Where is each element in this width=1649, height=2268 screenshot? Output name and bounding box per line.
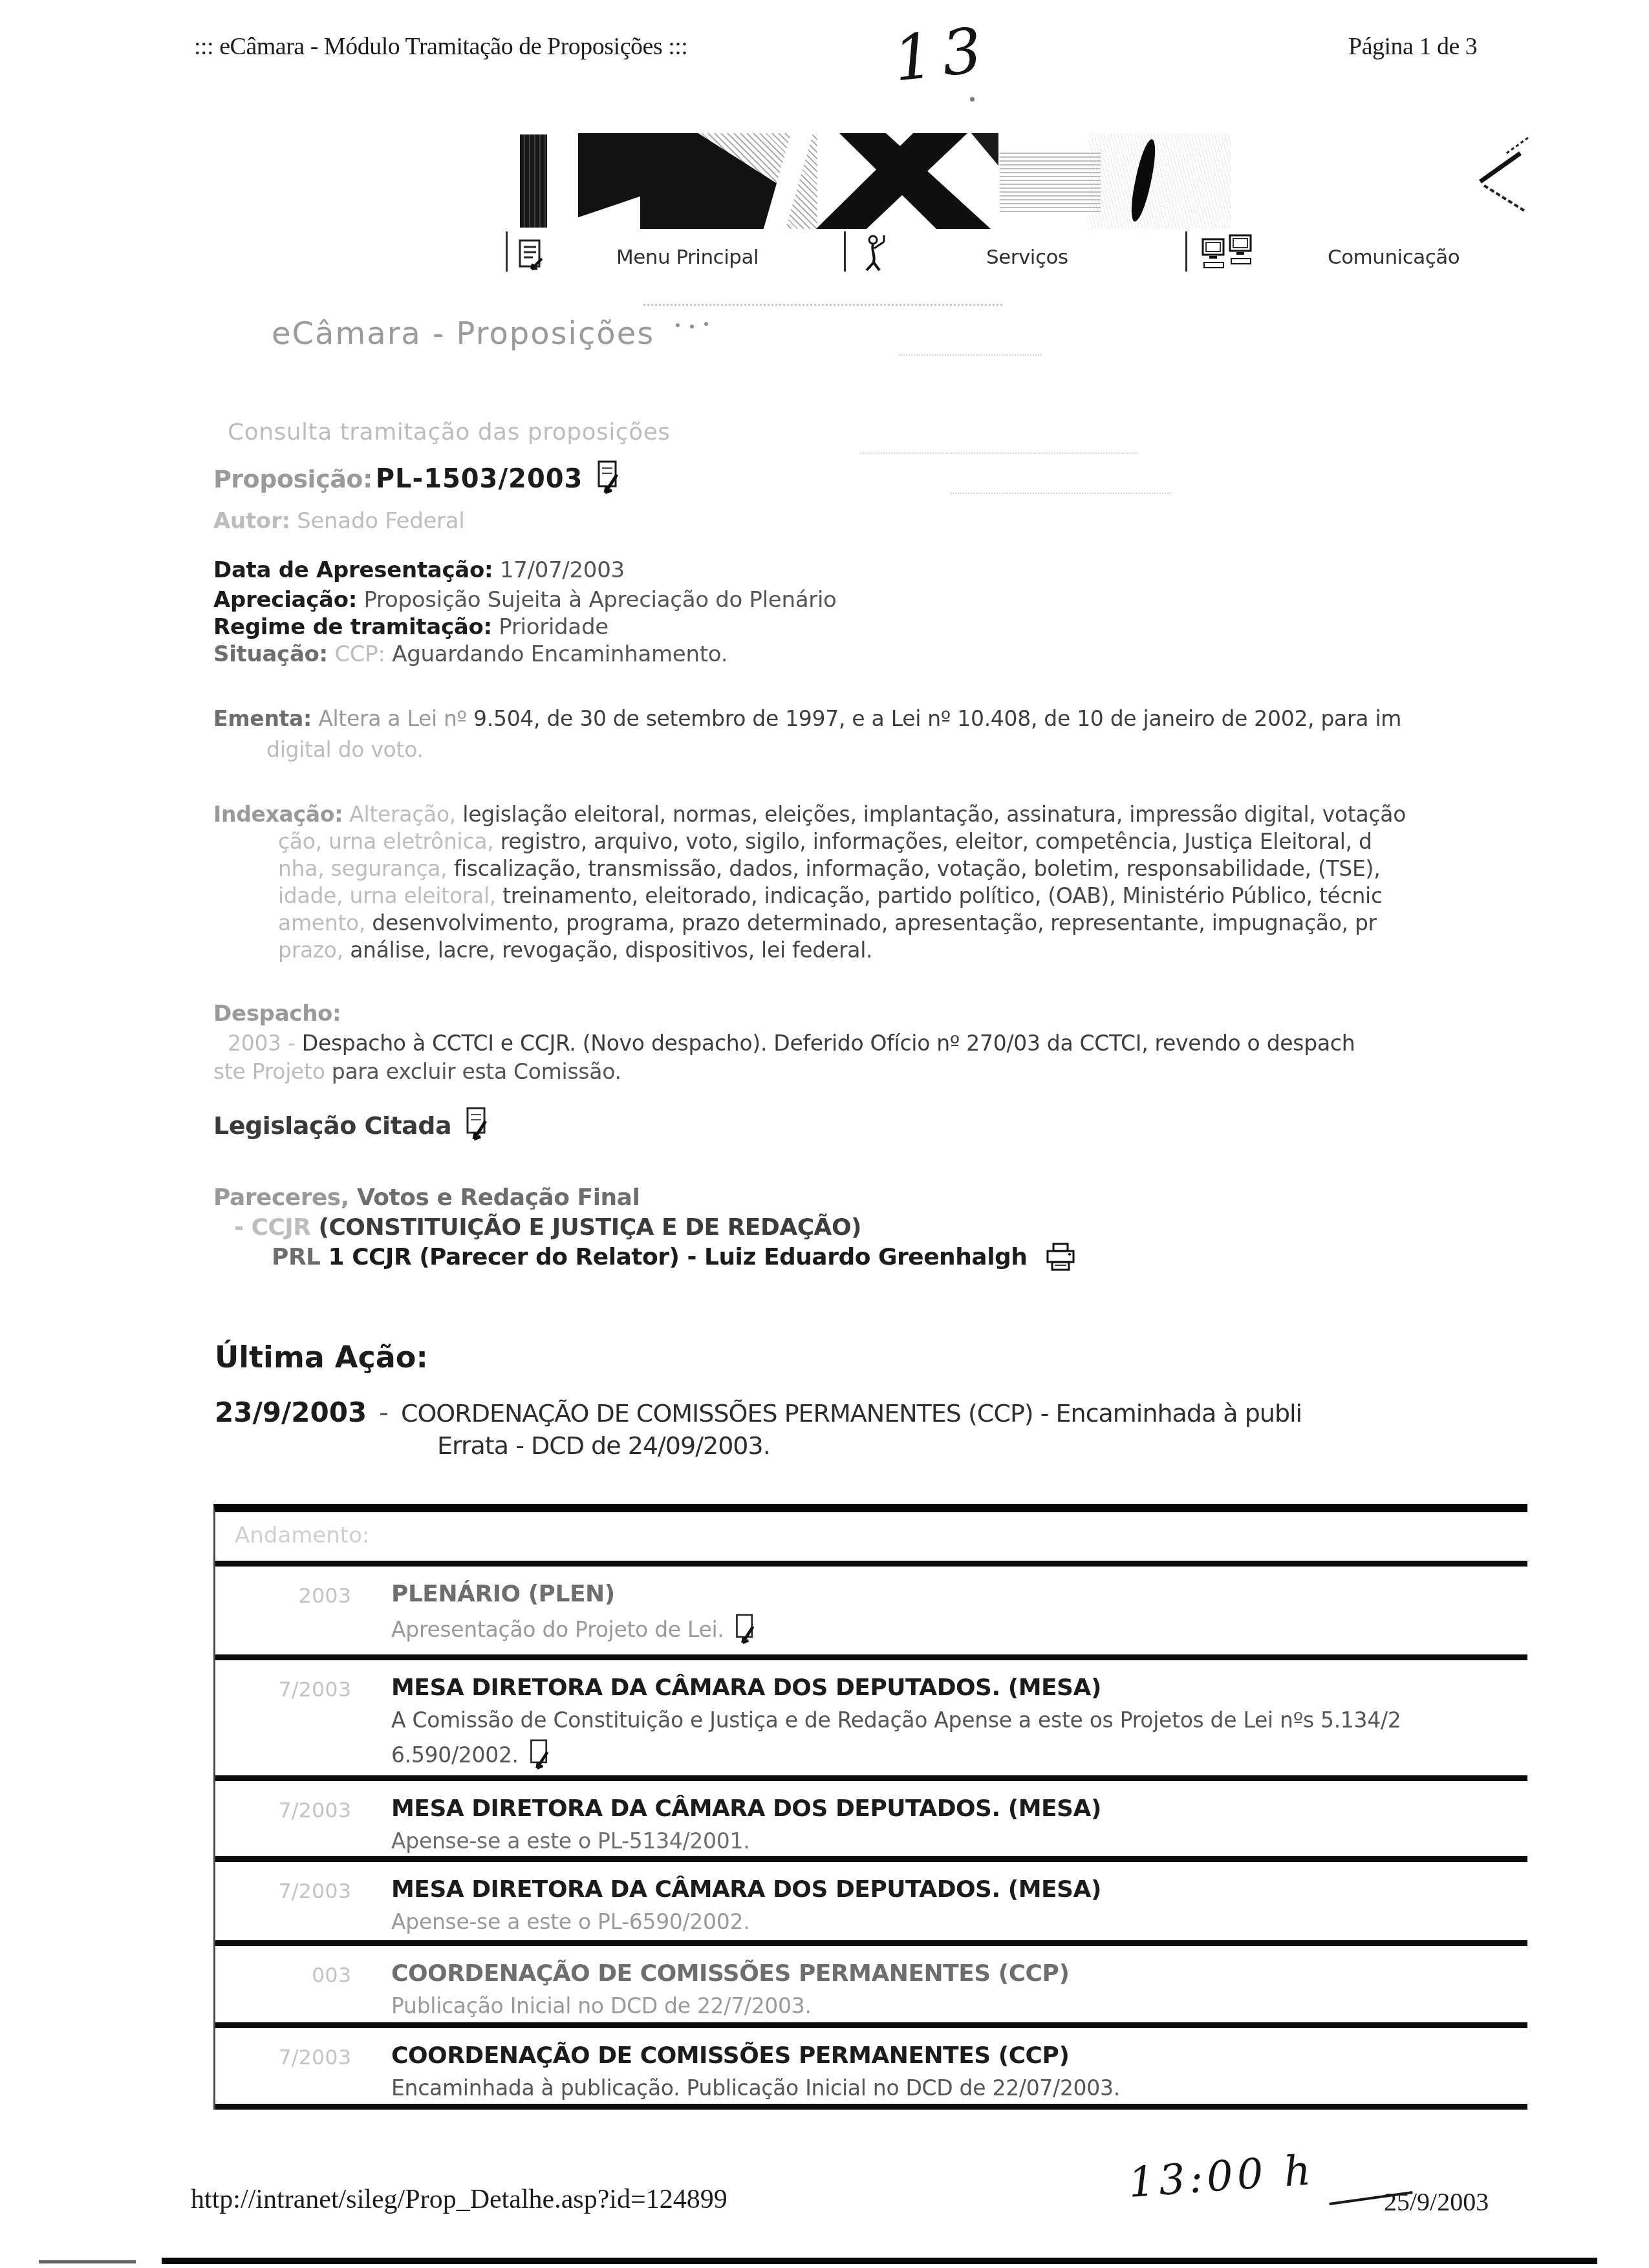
menu-item-principal: Menu Principal [616,246,759,269]
pareceres-title-f: Pareceres, [213,1184,349,1211]
regime-label: Regime de tramitação: [213,614,492,640]
ultima-acao-linha2: Errata - DCD de 24/09/2003. [437,1431,770,1460]
row-date: 7/2003 [215,1781,377,1856]
scan-edge-band [39,2260,136,2263]
row-desc: Apense-se a este o PL-6590/2002. [391,1909,1521,1934]
menu-divider [506,231,508,272]
servicos-icon [859,233,892,273]
scan-artifact [860,453,1138,454]
menu-principal-icon [516,238,546,273]
footer-url: http://intranet/sileg/Prop_Detalhe.asp?i… [191,2184,727,2215]
indexacao-linha-f: nha, segurança, [278,856,447,881]
situacao-sigla: CCP: [334,641,385,667]
proposicao-label: Proposição: [213,465,372,493]
ultima-acao-linha1: COORDENAÇÃO DE COMISSÕES PERMANENTES (CC… [401,1399,1302,1428]
pareceres-title: Votos e Redação Final [357,1184,640,1211]
table-row: 003 COORDENAÇÃO DE COMISSÕES PERMANENTES… [215,1946,1527,2028]
indexacao-linha-d: legislação eleitoral, normas, eleições, … [462,802,1406,827]
banner-image [520,133,1231,229]
scan-artifact [899,354,1041,356]
table-row: 2003 PLENÁRIO (PLEN) Apresentação do Pro… [215,1567,1527,1660]
row-desc2: 6.590/2002. [391,1742,519,1768]
indexacao-linha-f: idade, urna eleitoral, [278,883,496,908]
indexacao-linha-f: Alteração, [349,802,456,827]
parecer-texto: 1 CCJR (Parecer do Relator) - Luiz Eduar… [329,1244,1028,1270]
row-desc: Apresentação do Projeto de Lei. [391,1617,724,1642]
attachment-icon [464,1107,490,1147]
despacho-linha1: Despacho à CCTCI e CCJR. (Novo despacho)… [302,1031,1355,1056]
menu-divider [1185,231,1187,272]
apreciacao-label: Apreciação: [213,587,357,613]
row-org: PLENÁRIO (PLEN) [391,1581,1521,1607]
parecer-sigla: PRL [272,1244,329,1270]
legislacao-citada-title: Legislação Citada [213,1111,451,1140]
row-desc: Encaminhada à publicação. Publicação Ini… [391,2075,1521,2101]
handwritten-time: 13:00 h [1127,2146,1316,2207]
table-row: 7/2003 MESA DIRETORA DA CÂMARA DOS DEPUT… [215,1781,1527,1862]
footer-print-date: 25/9/2003 [1384,2187,1489,2217]
ementa-label: Ementa: [213,706,312,731]
attachment-icon [595,460,621,500]
autor-label: Autor: [213,508,290,534]
indexacao-linha-f: ção, urna eletrônica, [278,829,493,854]
indexacao-linha-f: amento, [278,910,365,936]
table-row: 7/2003 MESA DIRETORA DA CÂMARA DOS DEPUT… [215,1862,1527,1946]
data-apresentacao-label: Data de Apresentação: [213,557,493,583]
situacao-value: Aguardando Encaminhamento. [392,641,727,667]
print-header-title: ::: eCâmara - Módulo Tramitação de Propo… [194,32,687,61]
row-org: COORDENAÇÃO DE COMISSÕES PERMANENTES (CC… [391,1960,1521,1987]
row-date: 7/2003 [215,2028,377,2104]
comissao-nome: (CONSTITUIÇÃO E JUSTIÇA E DE REDAÇÃO) [318,1214,861,1241]
indexacao-linha-d: desenvolvimento, programa, prazo determi… [372,910,1377,936]
scan-squiggle [1458,126,1549,217]
regime-value: Prioridade [499,614,608,640]
attachment-icon [733,1614,757,1653]
despacho-linha2-f: ste Projeto [213,1059,325,1084]
menu-item-servicos: Serviços [986,246,1068,269]
ementa-texto: 9.504, de 30 de setembro de 1997, e a Le… [473,706,1401,731]
comunicacao-icon [1200,234,1258,274]
indexacao-linha-d: fiscalização, transmissão, dados, inform… [454,856,1381,881]
situacao-label: Situação: [213,641,328,667]
row-org: MESA DIRETORA DA CÂMARA DOS DEPUTADOS. (… [391,1876,1521,1903]
row-desc: A Comissão de Constituição e Justiça e d… [391,1707,1521,1733]
row-date: 003 [215,1946,377,2022]
ultima-acao-data: 23/9/2003 [215,1396,367,1428]
ementa-texto-linha2: digital do voto. [266,737,424,762]
ultima-acao-title: Última Ação: [215,1340,428,1375]
andamento-table: Andamento: 2003 PLENÁRIO (PLEN) Apresent… [213,1504,1527,2110]
print-header-page-count: Página 1 de 3 [1348,32,1477,61]
row-date: 7/2003 [215,1862,377,1940]
table-row: 7/2003 COORDENAÇÃO DE COMISSÕES PERMANEN… [215,2028,1527,2110]
despacho-label: Despacho: [213,1001,341,1027]
indexacao-linha-f: prazo, [278,937,343,963]
row-org: MESA DIRETORA DA CÂMARA DOS DEPUTADOS. (… [391,1674,1521,1701]
row-desc: Apense-se a este o PL-5134/2001. [391,1828,1521,1854]
ementa-texto-inicio: Altera a Lei nº [318,706,473,731]
table-header-row: Andamento: [215,1512,1527,1567]
indexacao-linha-d: registro, arquivo, voto, sigilo, informa… [501,829,1372,854]
proposicao-numero: PL-1503/2003 [376,464,583,494]
indexacao-label: Indexação: [213,802,343,827]
autor-value: Senado Federal [297,508,464,534]
table-row: 7/2003 MESA DIRETORA DA CÂMARA DOS DEPUT… [215,1660,1527,1781]
attachment-icon [528,1739,551,1775]
despacho-linha2: para excluir esta Comissão. [332,1059,621,1084]
row-org: COORDENAÇÃO DE COMISSÕES PERMANENTES (CC… [391,2042,1521,2069]
scan-artifact [643,304,1002,306]
indexacao-linha-d: treinamento, eleitorado, indicação, part… [502,883,1383,908]
page-title: eCâmara - Proposições [272,316,654,352]
scan-artifact [951,493,1170,494]
data-apresentacao-value: 17/07/2003 [500,557,625,583]
apreciacao-value: Proposição Sujeita à Apreciação do Plená… [364,587,837,613]
page-subtitle: Consulta tramitação das proposições [228,419,671,445]
scan-speck [970,97,975,102]
row-date: 2003 [215,1567,377,1654]
menu-item-comunicacao: Comunicação [1328,246,1460,269]
ultima-acao-sep: - [379,1398,388,1428]
scan-edge-band [162,2258,1597,2264]
printer-icon [1045,1243,1076,1278]
row-date: 7/2003 [215,1660,377,1775]
printed-page: ::: eCâmara - Módulo Tramitação de Propo… [0,0,1649,2268]
row-desc: Publicação Inicial no DCD de 22/7/2003. [391,1993,1521,2018]
row-org: MESA DIRETORA DA CÂMARA DOS DEPUTADOS. (… [391,1795,1521,1822]
andamento-header: Andamento: [215,1512,369,1561]
despacho-linha1-data: 2003 - [228,1031,302,1056]
indexacao-linha-d: análise, lacre, revogação, dispositivos,… [350,937,872,963]
scan-artifact [676,323,680,327]
handwritten-page-number: 13 [890,13,995,95]
comissao-sigla: - CCJR [234,1214,318,1241]
menu-divider [844,231,846,272]
